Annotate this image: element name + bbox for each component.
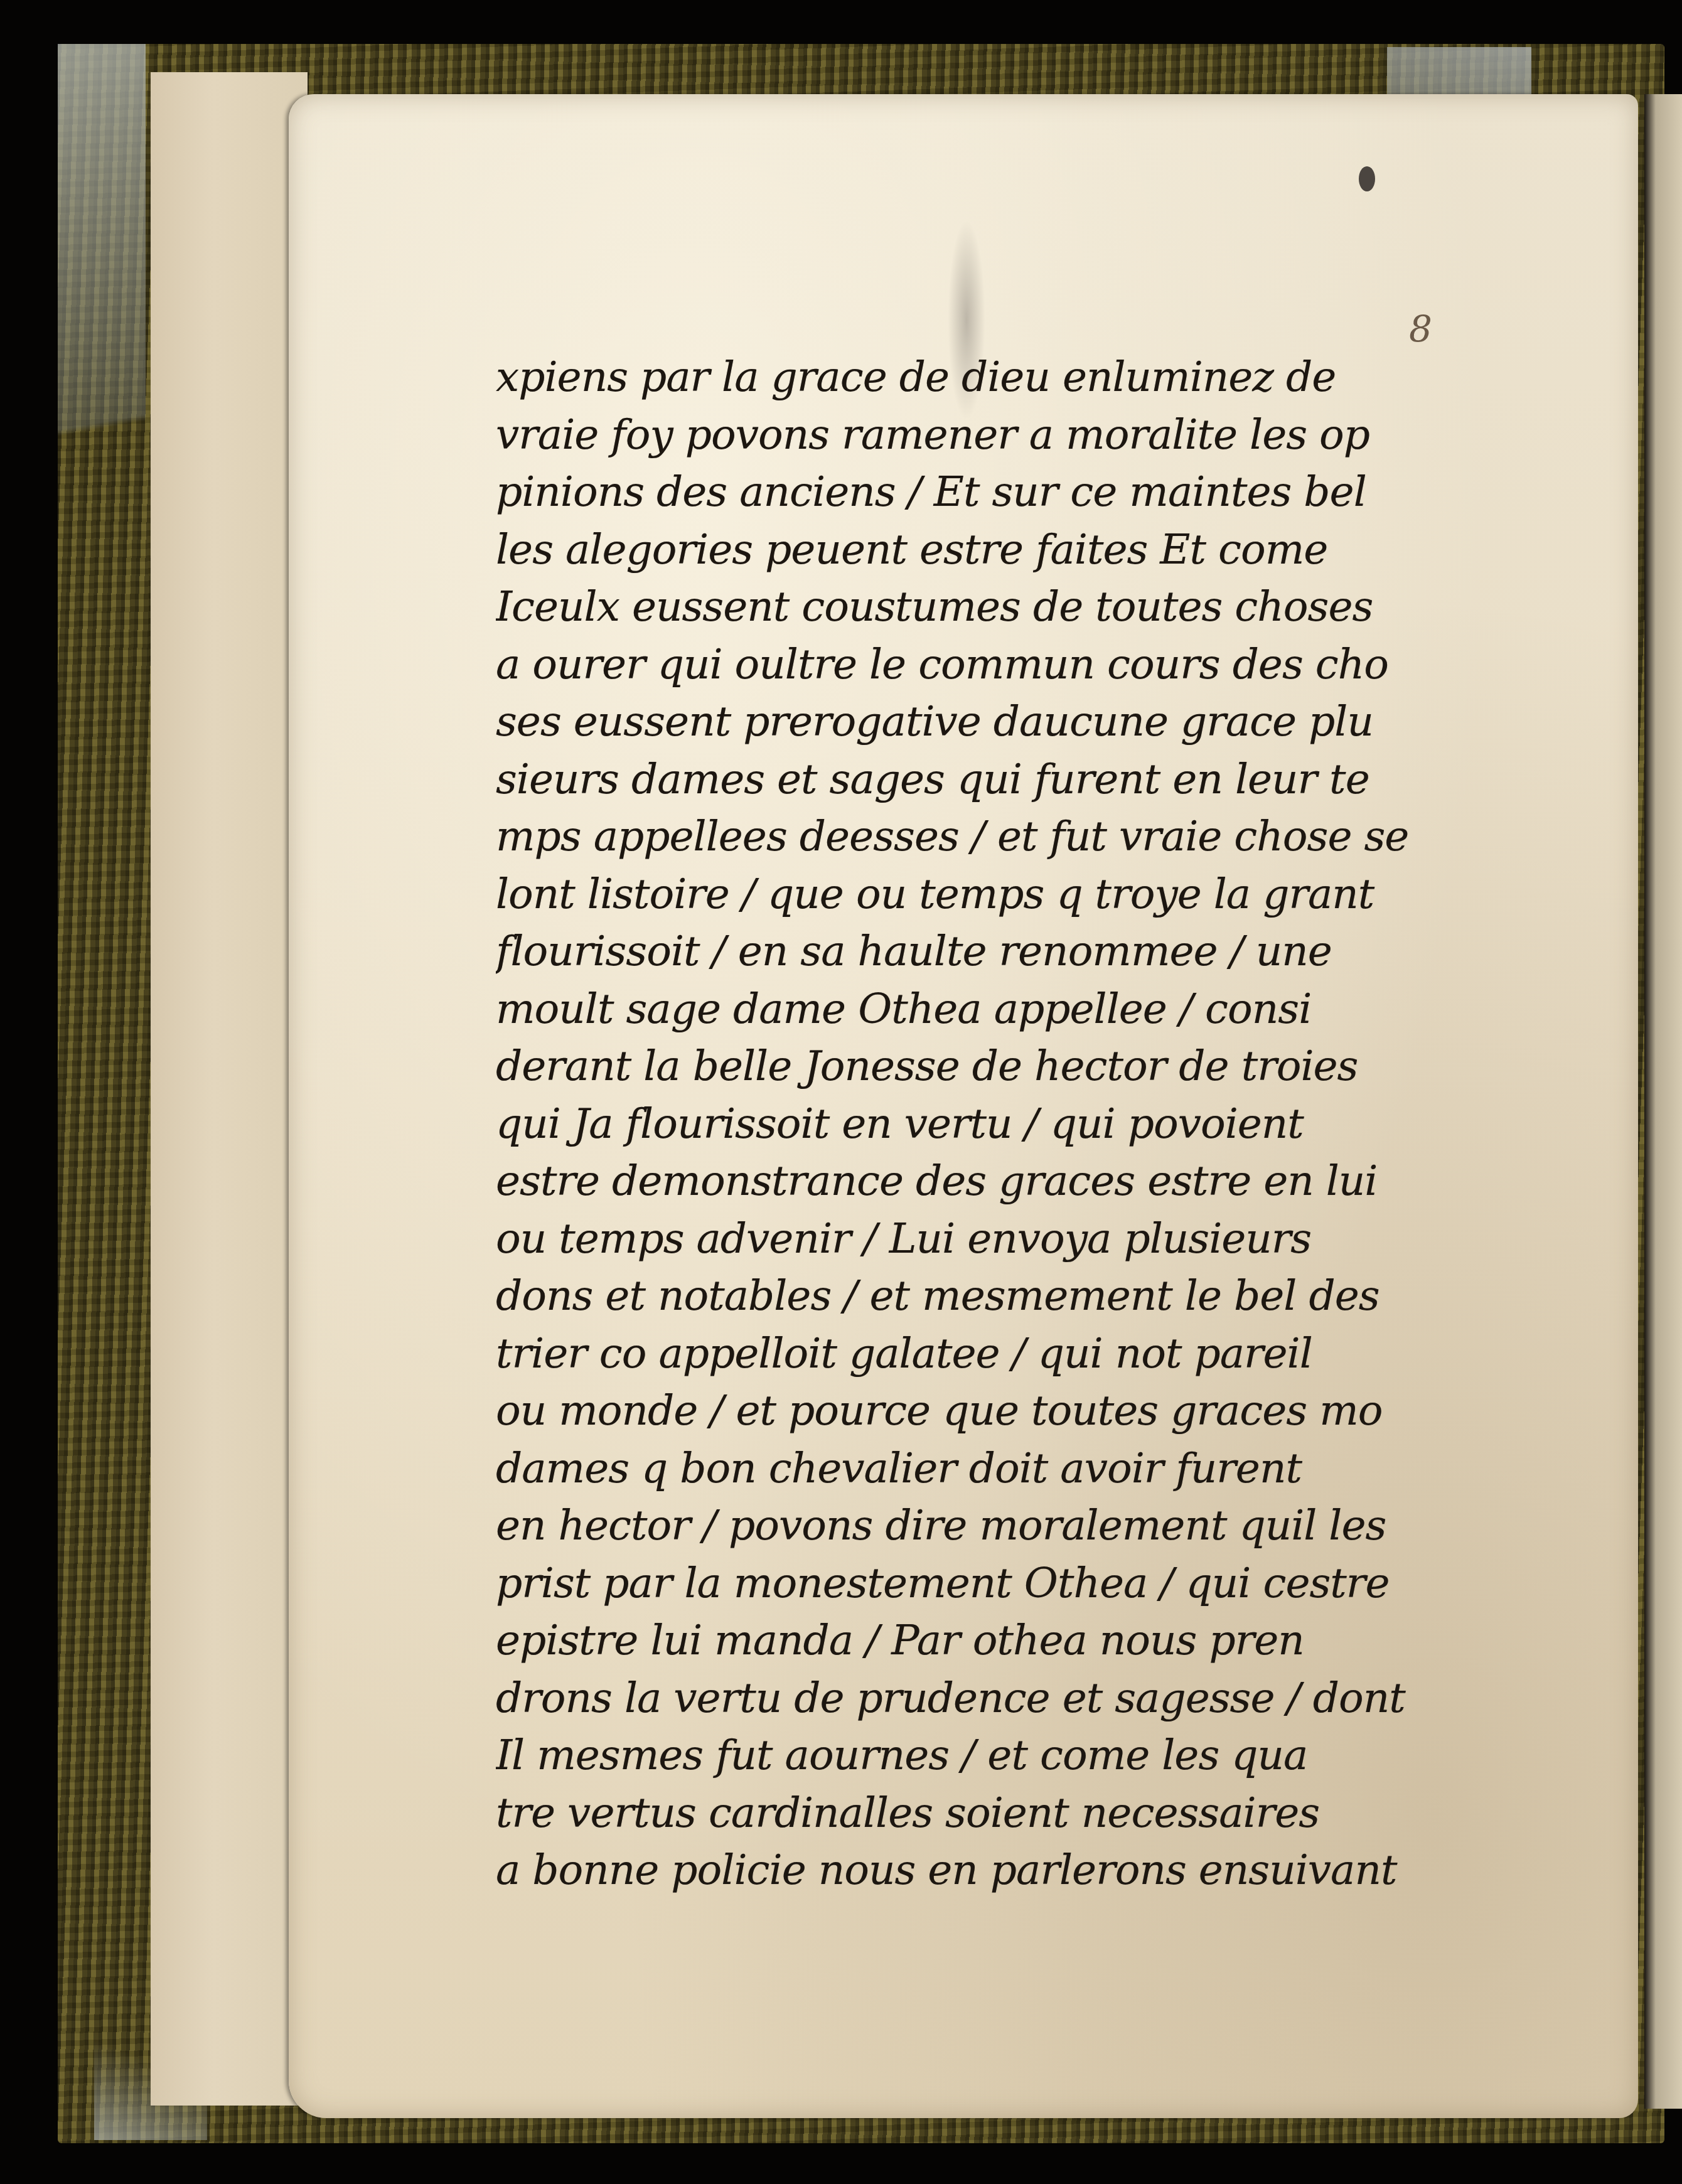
vellum-corner-top-left (58, 44, 146, 672)
text-line: drons la vertu de prudence et sagesse / … (496, 1669, 1538, 1727)
facing-page-edge (1644, 94, 1682, 2109)
text-line: Il mesmes fut aournes / et come les qua (496, 1726, 1538, 1784)
text-line: sieurs dames et sages qui furent en leur… (496, 751, 1538, 808)
text-line: ou monde / et pource que toutes graces m… (496, 1382, 1538, 1440)
text-line: epistre lui manda / Par othea nous pren (496, 1612, 1538, 1669)
folio-number: 8 (1409, 308, 1432, 350)
manuscript-text-block: xpiens par la grace de dieu enluminez de… (496, 348, 1538, 1899)
text-line: les alegories peuent estre faites Et com… (496, 521, 1538, 579)
text-line: mps appellees deesses / et fut vraie cho… (496, 808, 1538, 865)
text-line: vraie foy povons ramener a moralite les … (496, 406, 1538, 464)
text-line: dames q bon chevalier doit avoir furent (496, 1440, 1538, 1497)
text-line: a ourer qui oultre le commun cours des c… (496, 636, 1538, 693)
text-line: a bonne policie nous en parlerons ensuiv… (496, 1841, 1538, 1899)
text-line: xpiens par la grace de dieu enluminez de (496, 348, 1538, 406)
flyleaf (151, 72, 308, 2106)
text-line: derant la belle Jonesse de hector de tro… (496, 1037, 1538, 1095)
text-line: Iceulx eussent coustumes de toutes chose… (496, 578, 1538, 636)
text-line: prist par la monestement Othea / qui ces… (496, 1555, 1538, 1612)
ink-blot (1359, 166, 1375, 191)
text-line: lont listoire / que ou temps q troye la … (496, 865, 1538, 923)
text-line: ou temps advenir / Lui envoya plusieurs (496, 1210, 1538, 1268)
text-line: qui Ja flourissoit en vertu / qui povoie… (496, 1095, 1538, 1153)
text-line: tre vertus cardinalles soient necessaire… (496, 1784, 1538, 1842)
text-line: dons et notables / et mesmement le bel d… (496, 1267, 1538, 1325)
text-line: moult sage dame Othea appellee / consi (496, 980, 1538, 1038)
text-line: en hector / povons dire moralement quil … (496, 1497, 1538, 1555)
text-line: pinions des anciens / Et sur ce maintes … (496, 463, 1538, 521)
text-line: flourissoit / en sa haulte renommee / un… (496, 923, 1538, 980)
text-line: ses eussent prerogative daucune grace pl… (496, 693, 1538, 751)
text-line: trier co appelloit galatee / qui not par… (496, 1325, 1538, 1383)
text-line: estre demonstrance des graces estre en l… (496, 1152, 1538, 1210)
